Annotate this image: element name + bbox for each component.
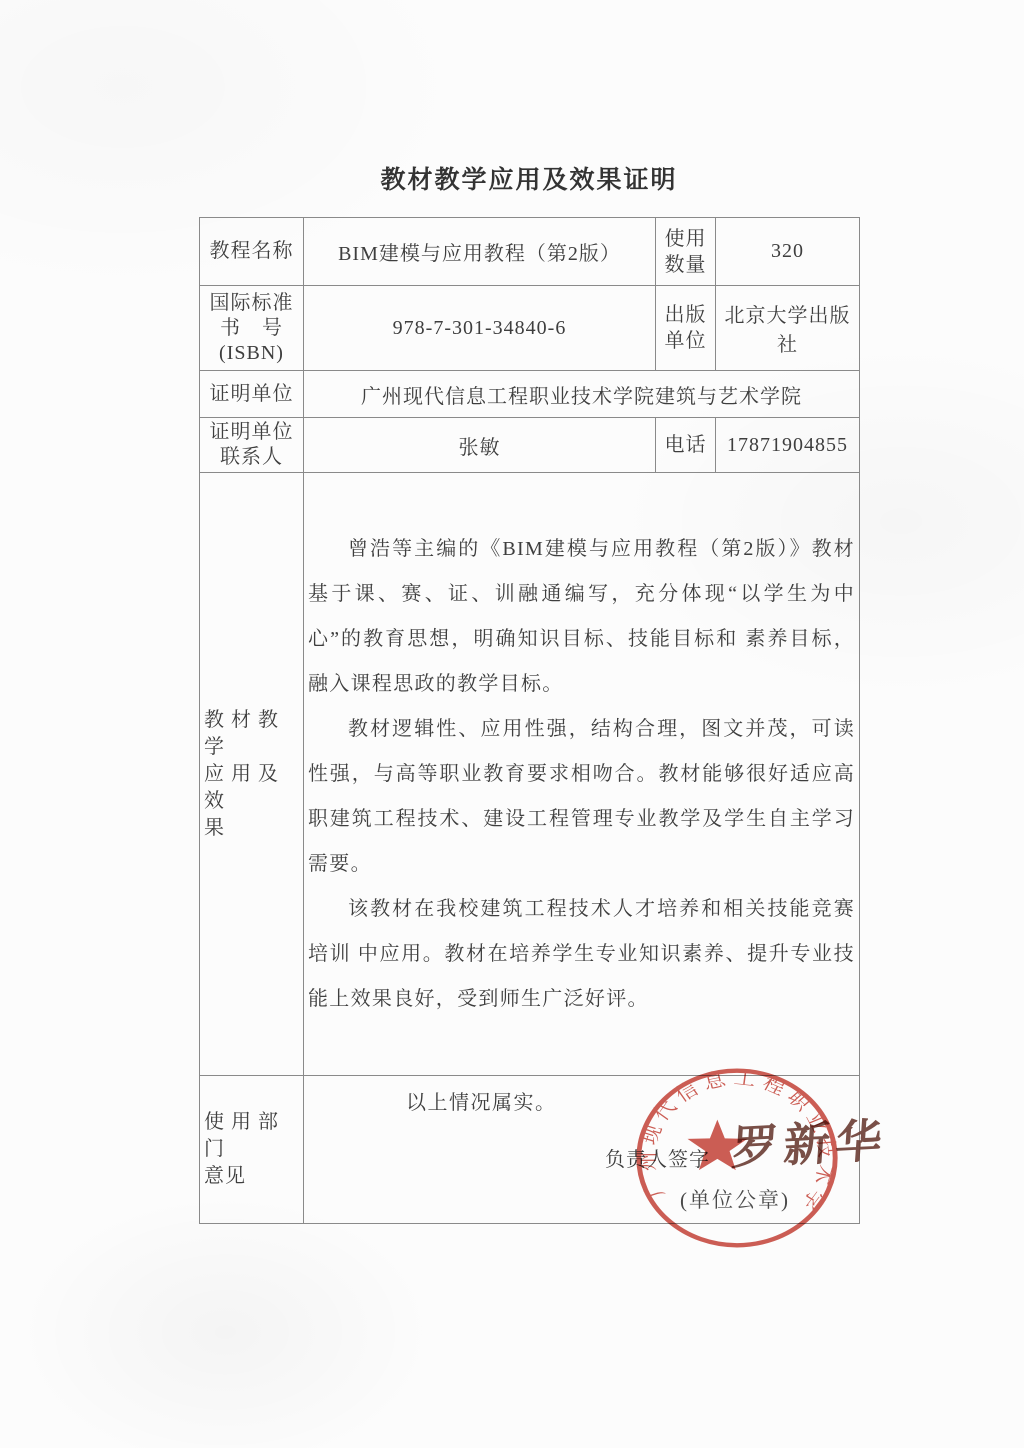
effect-row: 教 材 教 学 应 用 及 效 果 曾浩等主编的《BIM建模与应用教程（第2版）…: [200, 473, 860, 1076]
course-row: 教程名称 BIM建模与应用教程（第2版） 使用 数量 320: [200, 218, 860, 286]
document-title: 教材教学应用及效果证明: [199, 160, 859, 196]
scanned-certificate-page: 教材教学应用及效果证明 教程名称 BIM建模与应用教程（第2版） 使用 数量 3…: [0, 0, 1024, 1448]
statement-text: 以上情况属实。: [406, 1086, 557, 1115]
opinion-label: 使 用 部 门 意见: [200, 1076, 304, 1224]
effect-content: 曾浩等主编的《BIM建模与应用教程（第2版）》教材基于课、赛、证、训融通编写，充…: [304, 473, 860, 1076]
seal-star-icon: [688, 1120, 748, 1171]
phone-label: 电话: [656, 418, 716, 473]
effect-label: 教 材 教 学 应 用 及 效 果: [200, 473, 304, 1076]
effect-paragraph-3: 该教材在我校建筑工程技术人才培养和相关技能竞赛培训 中应用。教材在培养学生专业知…: [308, 887, 855, 1022]
contact-value: 张敏: [304, 418, 656, 473]
isbn-row: 国际标准 书 号 (ISBN) 978-7-301-34840-6 出版 单位 …: [200, 286, 860, 371]
publisher-label: 出版 单位: [656, 286, 716, 371]
course-name-value: BIM建模与应用教程（第2版）: [304, 218, 656, 286]
phone-value: 17871904855: [716, 418, 860, 473]
isbn-label: 国际标准 书 号 (ISBN): [200, 286, 304, 371]
usage-quantity-label: 使用 数量: [656, 218, 716, 286]
certifying-unit-row: 证明单位 广州现代信息工程职业技术学院建筑与艺术学院: [200, 371, 860, 418]
contact-label: 证明单位 联系人: [200, 418, 304, 473]
certifying-unit-value: 广州现代信息工程职业技术学院建筑与艺术学院: [304, 371, 860, 418]
course-name-label: 教程名称: [200, 218, 304, 286]
official-seal-stamp: 广州现代信息工程职业技术学院: [629, 1062, 845, 1254]
effect-paragraph-1: 曾浩等主编的《BIM建模与应用教程（第2版）》教材基于课、赛、证、训融通编写，充…: [308, 527, 855, 707]
certifying-unit-label: 证明单位: [200, 371, 304, 418]
isbn-value: 978-7-301-34840-6: [304, 286, 656, 371]
publisher-value: 北京大学出版社: [716, 286, 860, 371]
effect-paragraph-2: 教材逻辑性、应用性强，结构合理，图文并茂，可读性强，与高等职业教育要求相吻合。教…: [308, 707, 855, 887]
contact-row: 证明单位 联系人 张敏 电话 17871904855: [200, 418, 860, 473]
usage-quantity-value: 320: [716, 218, 860, 286]
